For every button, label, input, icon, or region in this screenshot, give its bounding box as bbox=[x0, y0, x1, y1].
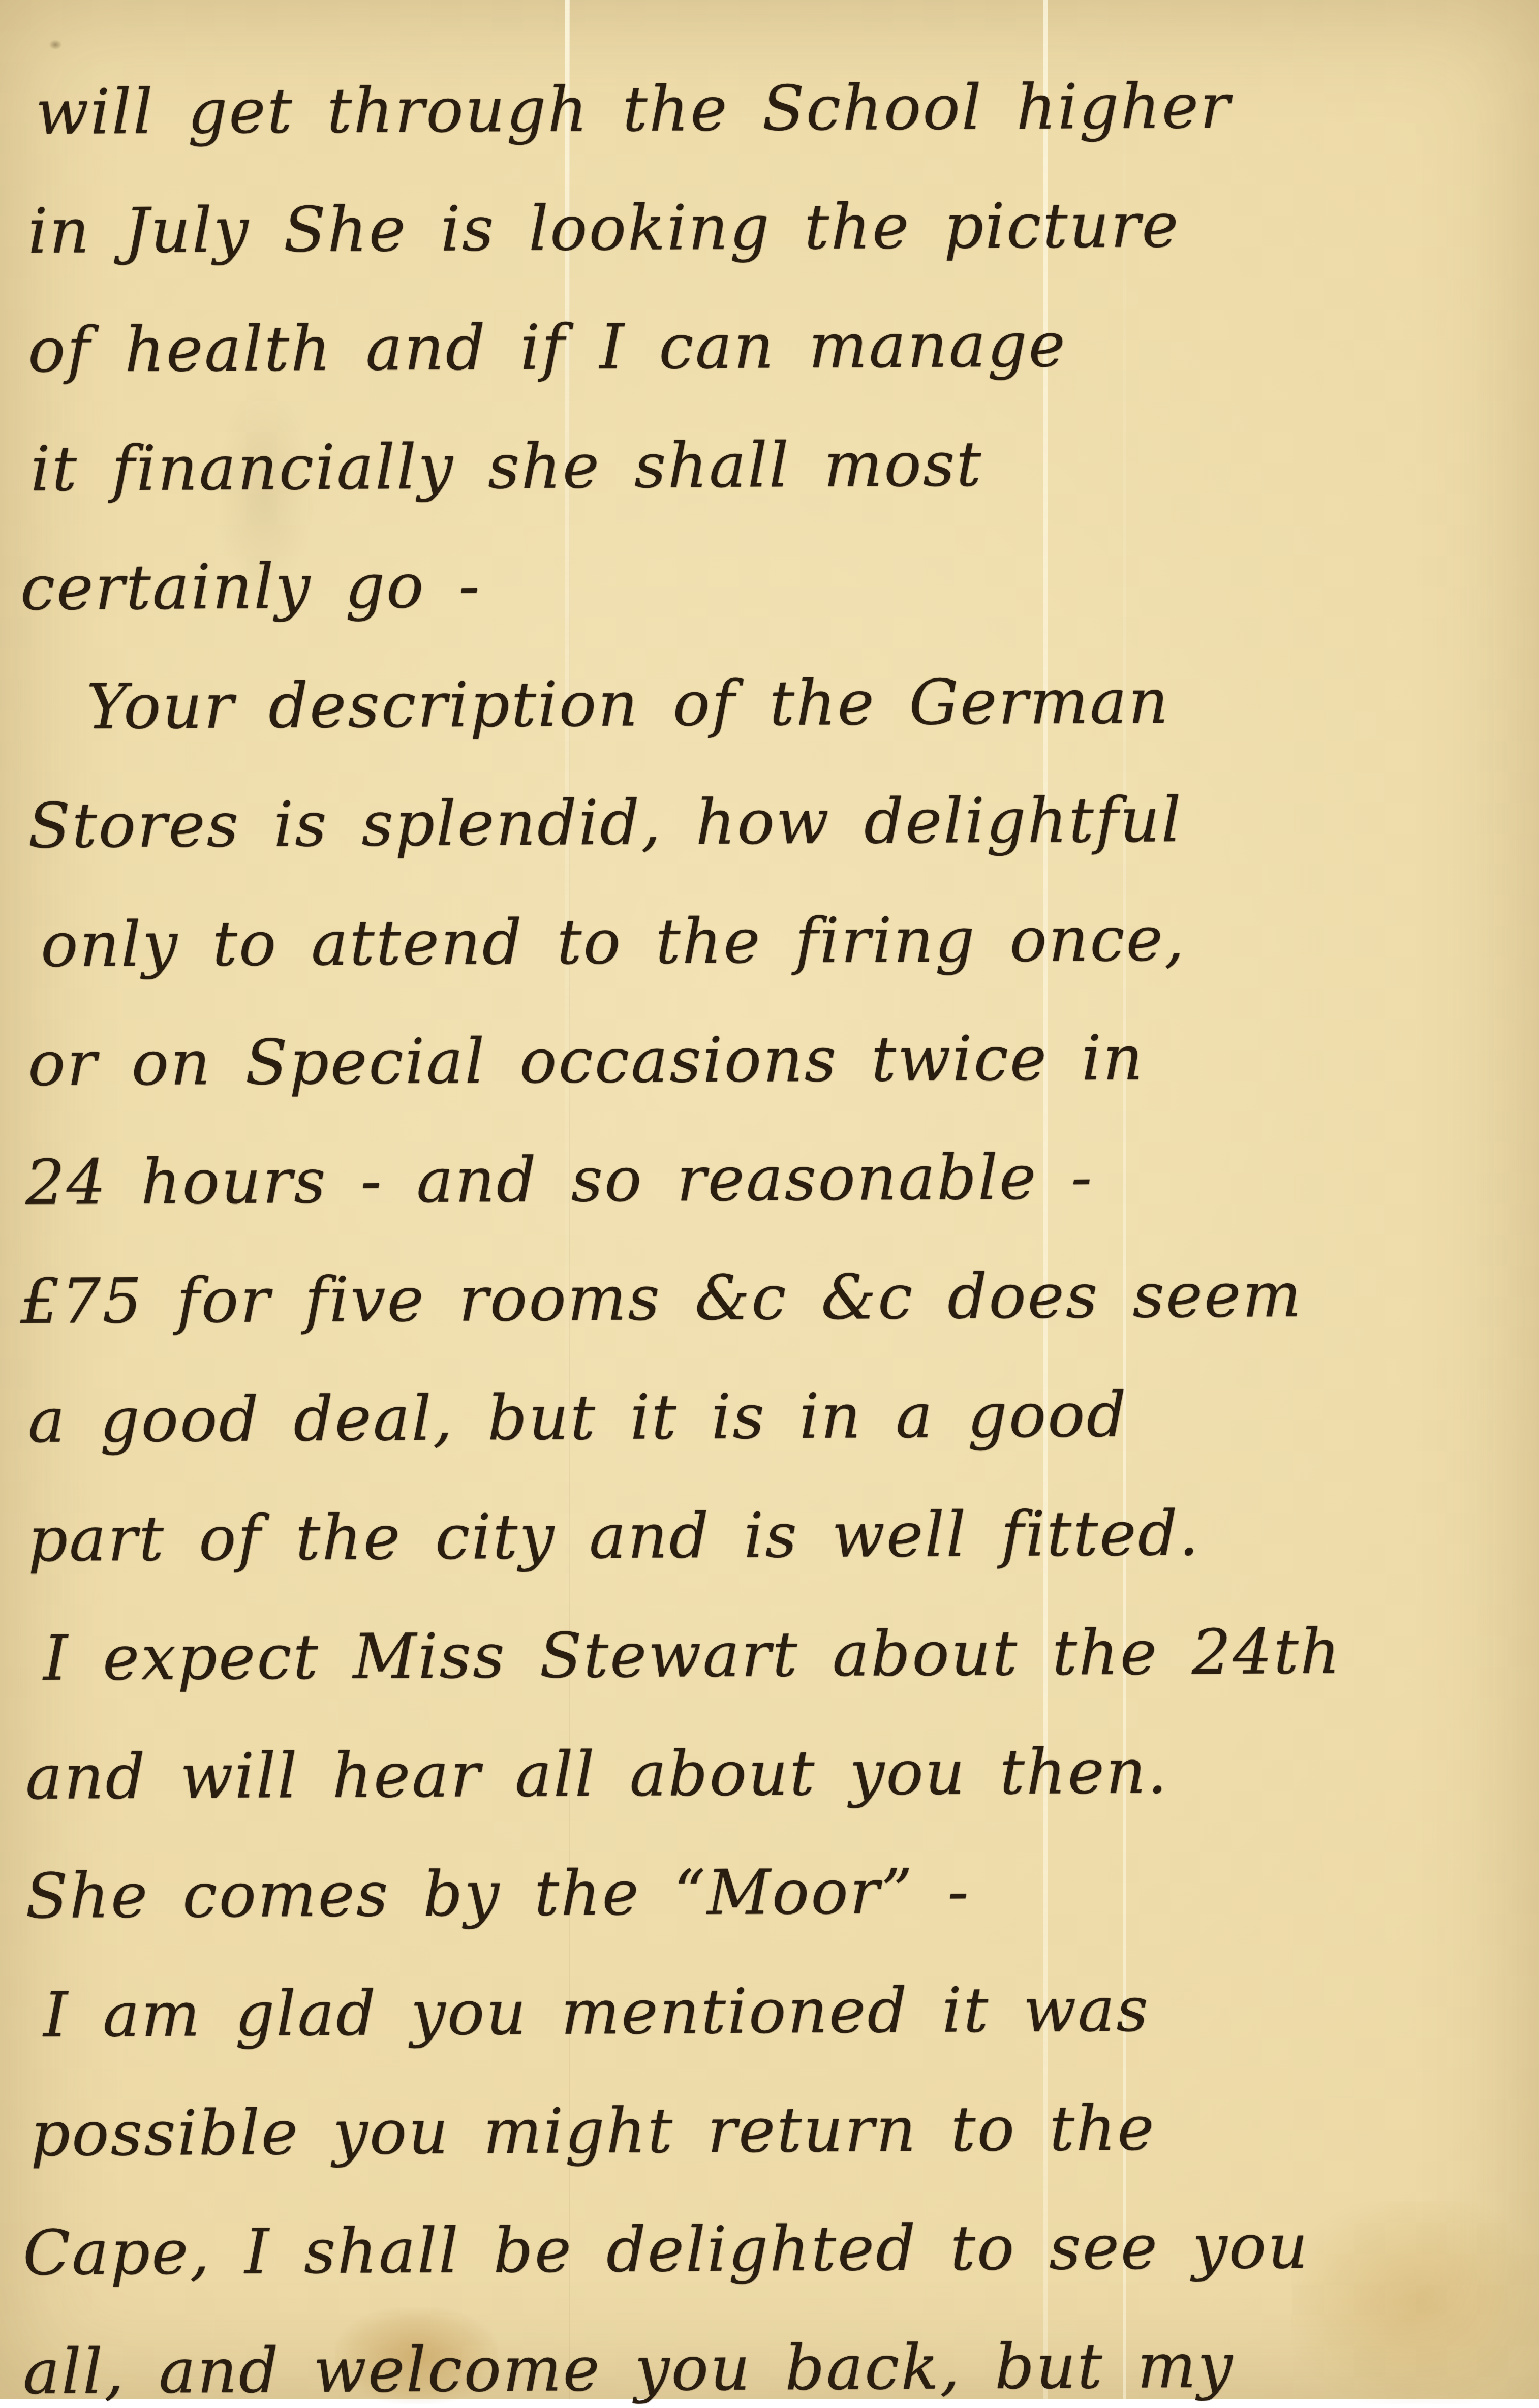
letter-line: in July She is looking the picture bbox=[28, 189, 1180, 267]
letter-line: I expect Miss Stewart about the 24th bbox=[43, 1616, 1342, 1694]
letter-line: and will hear all about you then. bbox=[25, 1735, 1169, 1813]
letter-line: Stores is splendid, how delightful bbox=[28, 784, 1183, 862]
letter-line: a good deal, but it is in a good bbox=[28, 1379, 1128, 1457]
ink-speck bbox=[49, 40, 62, 50]
letter-line: of health and if I can manage bbox=[28, 308, 1067, 386]
letter-line: I am glad you mentioned it was bbox=[43, 1973, 1150, 2051]
letter-line: possible you might return to the bbox=[30, 2092, 1156, 2170]
letter-line: 24 hours - and so reasonable - bbox=[25, 1141, 1094, 1219]
letter-line: all, and welcome you back, but my bbox=[23, 2330, 1235, 2399]
letter-line: it financially she shall most bbox=[30, 428, 983, 505]
letter-line: Your description of the German bbox=[86, 665, 1170, 743]
letter-line: will get through the School higher bbox=[36, 70, 1232, 148]
letter-line: Cape, I shall be delighted to see you bbox=[23, 2210, 1310, 2289]
letter-line: or on Special occasions twice in bbox=[28, 1022, 1145, 1100]
letter-line: only to attend to the firing once, bbox=[41, 903, 1186, 981]
letter-line: part of the city and is well fitted. bbox=[28, 1497, 1201, 1576]
letter-line: £75 for five rooms &c &c does seem bbox=[20, 1259, 1303, 1338]
paper-stain bbox=[1291, 2201, 1539, 2399]
letter-line: certainly go - bbox=[20, 549, 481, 624]
letter-page: will get through the School higher in Ju… bbox=[0, 0, 1539, 2399]
letter-line: She comes by the “Moor” - bbox=[25, 1855, 970, 1932]
